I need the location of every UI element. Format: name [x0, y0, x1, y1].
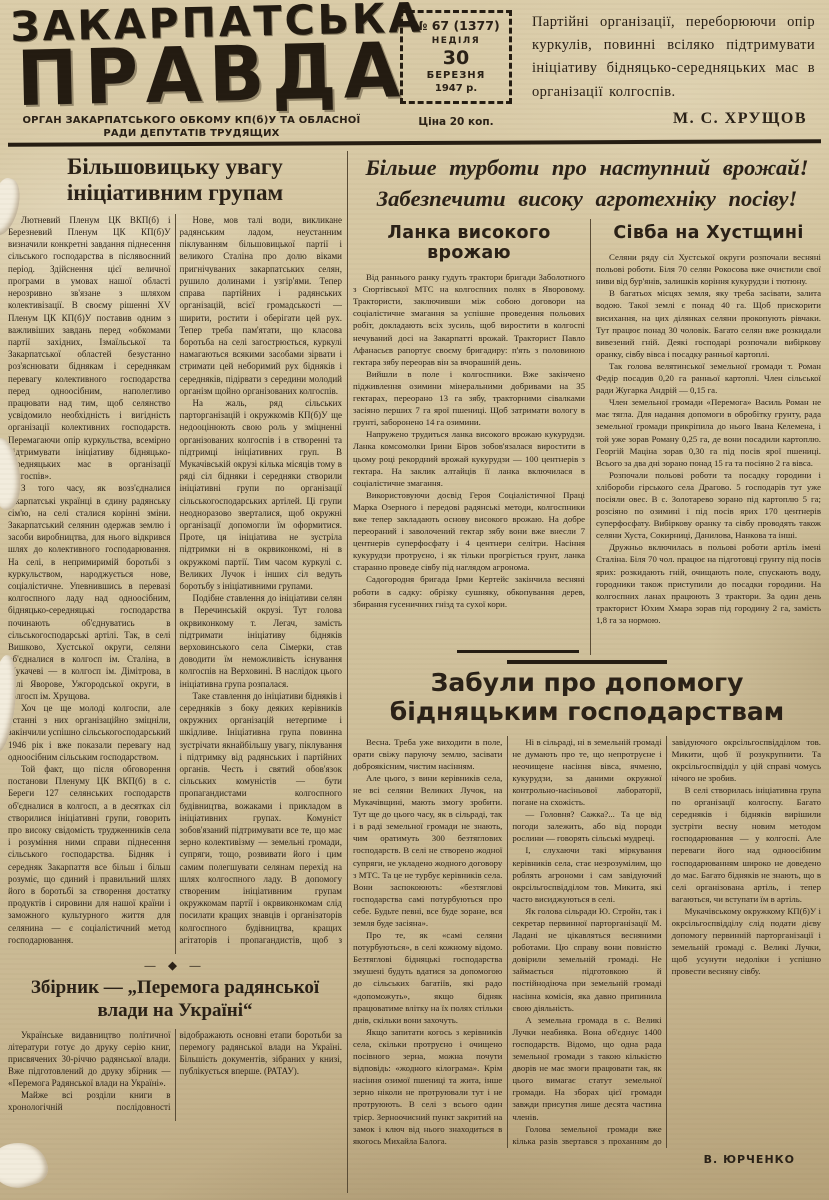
- banner-headline-line2: Забезпечити високу агротехніку посіву!: [353, 183, 821, 214]
- paragraph: Від раннього ранку гудуть трактори брига…: [353, 271, 585, 368]
- issue-year: 1947 р.: [406, 83, 506, 94]
- paragraph: З того часу, як возз'єдналися закарпатсь…: [8, 482, 171, 702]
- paragraph: Лютневий Пленум ЦК ВКП(б) і Березневий П…: [8, 214, 171, 482]
- paragraph: Весна. Треба уже виходити в поле, орати …: [353, 736, 502, 772]
- paragraph: Селяни ряду сіл Хустської округи розпоча…: [596, 251, 821, 287]
- author-signature: В. ЮРЧЕНКО: [353, 1148, 821, 1166]
- zbirnyk-body: Українське видавництво політичної літера…: [8, 1029, 342, 1121]
- banner-headline-line1: Більше турботи про наступний врожай!: [353, 152, 821, 183]
- issue-price: Ціна 20 коп.: [418, 116, 493, 128]
- left-column: Більшовицьку увагу ініціативним групам Л…: [8, 151, 342, 1193]
- zabuly-article: Забули про допомогу бідняцьким господарс…: [353, 655, 821, 1166]
- lanka-title: Ланка високого врожаю: [353, 219, 585, 271]
- zabuly-body: Весна. Треба уже виходити в поле, орати …: [353, 736, 821, 1148]
- paragraph: Нове, мов талі води, викликане радянськи…: [180, 214, 343, 397]
- paragraph: Дружньо включилась в польові роботи арті…: [596, 541, 821, 626]
- paragraph: — Головня? Сажка?... Та це від погоди за…: [512, 808, 661, 844]
- lanka-body: Від раннього ранку гудуть трактори брига…: [353, 271, 585, 644]
- paragraph: Той факт, що після обговорення постанови…: [8, 763, 171, 946]
- paragraph: Так голова велятинської земельної громад…: [596, 360, 821, 396]
- paragraph: Подібне ставлення до ініціативи селян в …: [180, 592, 343, 690]
- paragraph: Як голова сільради Ю. Стройн, так і секр…: [512, 905, 661, 1014]
- paragraph: Якщо запитати когось з керівників села, …: [353, 1026, 502, 1147]
- lead-quote-text: Партійні організації, переборюючи опір к…: [532, 11, 815, 104]
- section-rule: [507, 660, 667, 664]
- paragraph: Про те, як «самі селяни потурбуються», в…: [353, 929, 502, 1026]
- paragraph: Член земельної громади «Перемога» Василь…: [596, 396, 821, 469]
- issue-day: 30: [406, 47, 506, 69]
- paragraph: В багатьох місцях земля, яку треба засів…: [596, 287, 821, 360]
- paragraph: В селі створилась ініціативна група по о…: [672, 784, 821, 905]
- paragraph: Хоч це ще молоді колгоспи, але останні з…: [8, 702, 171, 763]
- paragraph: На жаль, ряд сільських парторганізацій і…: [180, 397, 343, 592]
- lead-quote-block: Партійні організації, переборюючи опір к…: [516, 8, 819, 138]
- paragraph: Мукачівському окружкому КП(б)У і окрсіль…: [672, 905, 821, 978]
- newspaper-title-line2: ПРАВДА: [10, 38, 393, 113]
- lanka-article: Ланка високого врожаю Від раннього ранку…: [353, 219, 585, 655]
- lead-quote-author: М. С. ХРУЩОВ: [532, 110, 815, 128]
- zabuly-title: Забули про допомогу бідняцьким господарс…: [353, 669, 821, 736]
- section-divider-ornament: — ◆ —: [8, 954, 342, 975]
- middle-articles-row: Ланка високого врожаю Від раннього ранку…: [353, 219, 821, 655]
- vertical-rule: [347, 151, 348, 1193]
- paragraph: А земельна громада в с. Великі Лучки неа…: [512, 1014, 661, 1123]
- page-content: Більшовицьку увагу ініціативним групам Л…: [0, 145, 829, 1193]
- newspaper-page: ЗАКАРПАТСЬКА ПРАВДА ОРГАН ЗАКАРПАТСЬКОГО…: [0, 0, 829, 1200]
- paragraph: Садогородня бригада Ірми Кертейс закінчи…: [353, 573, 585, 609]
- sivba-body: Селяни ряду сіл Хустської округи розпоча…: [596, 251, 821, 655]
- editorial-title: Більшовицьку увагу ініціативним групам: [8, 151, 342, 214]
- paragraph: Розпочали польові роботи та посадку горо…: [596, 469, 821, 542]
- main-column: Більше турботи про наступний врожай! Заб…: [353, 151, 821, 1193]
- paragraph: Але цього, з вини керівників села, не вс…: [353, 772, 502, 929]
- editorial-body: Лютневий Пленум ЦК ВКП(б) і Березневий П…: [8, 214, 342, 954]
- paragraph: Напружено трудиться ланка високого врожа…: [353, 428, 585, 488]
- sivba-title: Сівба на Хустщині: [596, 219, 821, 251]
- masthead: ЗАКАРПАТСЬКА ПРАВДА ОРГАН ЗАКАРПАТСЬКОГО…: [0, 0, 829, 138]
- sivba-article: Сівба на Хустщині Селяни ряду сіл Хустсь…: [596, 219, 821, 655]
- paragraph: Використовуючи досвід Героя Соціалістичн…: [353, 489, 585, 574]
- article-end-rule: [457, 650, 579, 653]
- paragraph: І, слухаючи такі міркування керівників с…: [512, 844, 661, 904]
- paragraph: Ні в сільраді, ні в земельній громаді не…: [512, 736, 661, 809]
- newspaper-logo: ЗАКАРПАТСЬКА ПРАВДА ОРГАН ЗАКАРПАТСЬКОГО…: [10, 8, 392, 138]
- vertical-rule: [590, 219, 591, 655]
- banner-headline: Більше турботи про наступний врожай! Заб…: [353, 151, 821, 219]
- zbirnyk-title: Збірник — „Перемога радянської влади на …: [8, 975, 342, 1030]
- paragraph: Українське видавництво політичної літера…: [8, 1029, 171, 1089]
- paragraph: Вийшли в поле і колгоспники. Вже закінче…: [353, 368, 585, 428]
- issue-month: БЕРЕЗНЯ: [406, 70, 506, 81]
